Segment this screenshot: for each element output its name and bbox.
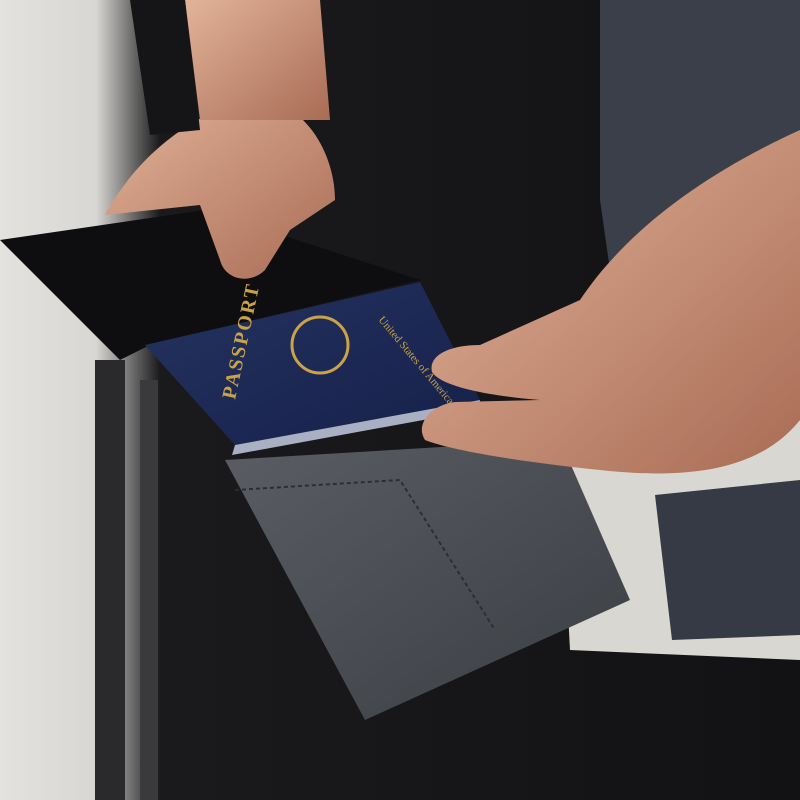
photo-illustration: PASSPORT United States of America (0, 0, 800, 800)
wallet-grey-pocket (225, 440, 630, 720)
photo-scene: PASSPORT United States of America PASSPO… (0, 0, 800, 800)
suitcase-handle (95, 360, 125, 800)
